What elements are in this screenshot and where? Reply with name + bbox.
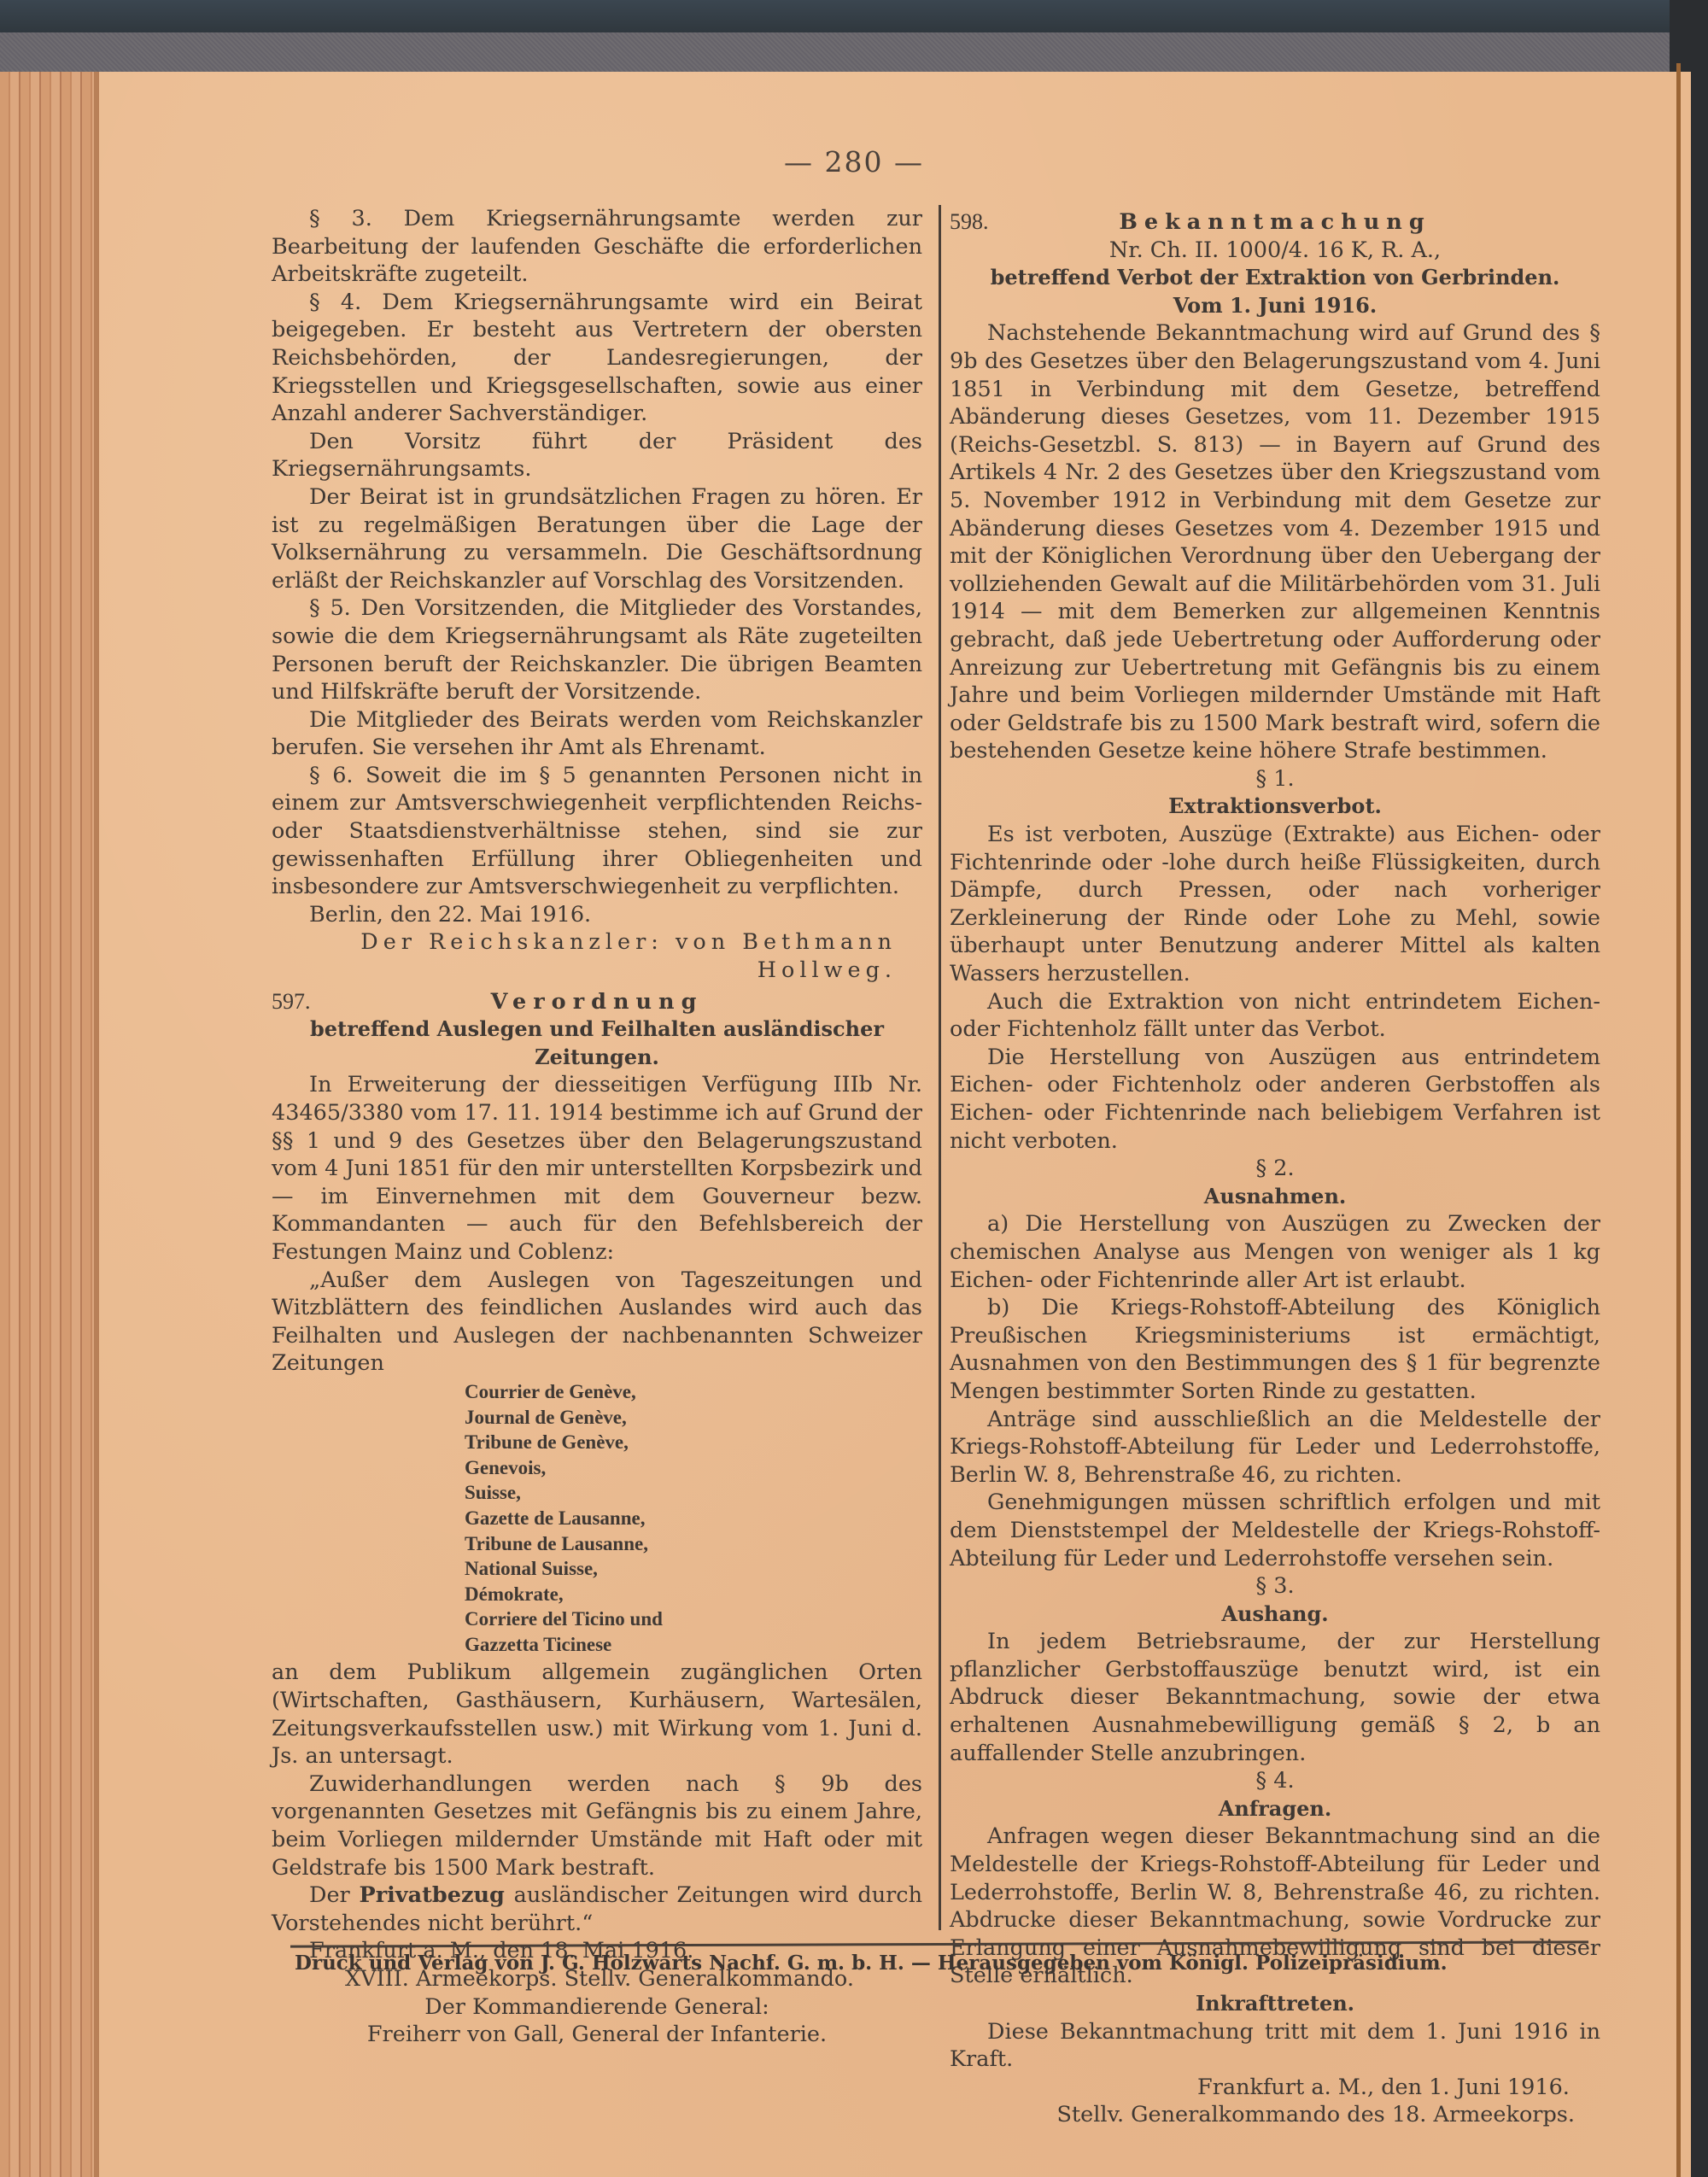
para-2-number: § 2.	[950, 1155, 1600, 1183]
place-date-frankfurt-598: Frankfurt a. M., den 1. Juni 1916.	[950, 2074, 1600, 2102]
para-2-d: Genehmigungen müssen schriftlich erfolge…	[950, 1489, 1600, 1572]
signature-line-2: Der Kommandierende General:	[272, 1993, 922, 2022]
paragraph-5: § 5. Den Vorsitzenden, die Mitglieder de…	[272, 594, 922, 705]
section-597-penalty: Zuwiderhandlungen werden nach § 9b des v…	[272, 1770, 922, 1881]
place-date-berlin: Berlin, den 22. Mai 1916.	[272, 901, 922, 929]
section-598-date: Vom 1. Juni 1916.	[950, 292, 1600, 320]
section-598-subtitle: betreffend Verbot der Extraktion von Ger…	[950, 264, 1600, 292]
para-4-title: Anfragen.	[950, 1795, 1600, 1823]
book-binding-cloth	[0, 32, 1699, 73]
section-598-intro: Nachstehende Bekanntmachung wird auf Gru…	[950, 319, 1600, 765]
para-2-b: b) Die Kriegs-Rohstoff-Abteilung des Kön…	[950, 1294, 1600, 1405]
section-597-heading: 597. Verordnung	[272, 988, 922, 1016]
section-598-heading: 598. Bekanntmachung	[950, 208, 1600, 237]
para-1-text-3: Die Herstellung von Auszügen aus entrind…	[950, 1044, 1600, 1155]
newspaper-item: Gazzetta Ticinese	[465, 1632, 922, 1658]
paragraph-4: § 4. Dem Kriegsernährungsamte wird ein B…	[272, 289, 922, 428]
left-column: § 3. Dem Kriegsernährungsamte werden zur…	[272, 205, 922, 2049]
para-2-c: Anträge sind ausschließlich an die Melde…	[950, 1406, 1600, 1489]
private-bold: Privatbezug	[360, 1882, 505, 1908]
newspaper-item: Suisse,	[465, 1480, 922, 1506]
para-1-title: Extraktionsverbot.	[950, 793, 1600, 821]
page-gutter	[94, 72, 99, 2177]
para-3-number: § 3.	[950, 1572, 1600, 1601]
section-598-ref: Nr. Ch. II. 1000/4. 16 K, R. A.,	[950, 237, 1600, 265]
newspaper-item: Corriere del Ticino und	[465, 1606, 922, 1632]
para-3-title: Aushang.	[950, 1601, 1600, 1629]
newspaper-item: Démokrate,	[465, 1582, 922, 1607]
column-divider	[939, 205, 941, 1930]
para-1-text-2: Auch die Extraktion von nicht entrindete…	[950, 988, 1600, 1044]
signature-reichskanzler: Der Reichskanzler: von Bethmann Hollweg.	[272, 928, 922, 984]
para-5-title: Inkrafttreten.	[950, 1990, 1600, 2018]
page-stack-edge	[0, 72, 98, 2177]
para-5-text: Diese Bekanntmachung tritt mit dem 1. Ju…	[950, 2018, 1600, 2074]
newspaper-item: Gazette de Lausanne,	[465, 1506, 922, 1531]
private-prefix: Der	[309, 1882, 350, 1908]
newspaper-item: Genevois,	[465, 1455, 922, 1481]
para-1-text-1: Es ist verboten, Auszüge (Extrakte) aus …	[950, 821, 1600, 988]
section-597-quote-cont: an dem Publikum allgemein zugänglichen O…	[272, 1659, 922, 1770]
section-597-intro: In Erweiterung der diesseitigen Verfügun…	[272, 1071, 922, 1266]
para-2-title: Ausnahmen.	[950, 1183, 1600, 1211]
para-1-number: § 1.	[950, 765, 1600, 793]
para-2-a: a) Die Herstellung von Auszügen zu Zweck…	[950, 1210, 1600, 1294]
section-number: 597.	[272, 988, 366, 1016]
section-number: 598.	[950, 208, 1044, 237]
section-597-quote: „Außer dem Auslegen von Tageszeitungen u…	[272, 1267, 922, 1378]
book-cover-top	[0, 0, 1708, 34]
section-title: Verordnung	[366, 988, 828, 1016]
right-column: 598. Bekanntmachung Nr. Ch. II. 1000/4. …	[950, 205, 1600, 2129]
para-4-number: § 4.	[950, 1767, 1600, 1795]
imprint-footer: Druck und Verlag von J. G. Holzwarts Nac…	[295, 1952, 1601, 1975]
paragraph-4-chair: Den Vorsitz führt der Präsident des Krie…	[272, 428, 922, 483]
paragraph-3: § 3. Dem Kriegsernährungsamte werden zur…	[272, 205, 922, 289]
newspaper-item: Tribune de Genève,	[465, 1430, 922, 1455]
para-3-text: In jedem Betriebsraume, der zur Herstell…	[950, 1628, 1600, 1767]
newspaper-item: Journal de Genève,	[465, 1405, 922, 1431]
section-title: Bekanntmachung	[1044, 208, 1506, 237]
newspaper-list: Courrier de Genève, Journal de Genève, T…	[465, 1379, 922, 1658]
page-right-edge	[1676, 63, 1681, 2177]
newspaper-item: Tribune de Lausanne,	[465, 1531, 922, 1557]
section-597-private: Der Privatbezug ausländischer Zeitungen …	[272, 1881, 922, 1937]
section-597-subtitle: betreffend Auslegen und Feilhalten auslä…	[272, 1015, 922, 1071]
signature-598: Stellv. Generalkommando des 18. Armeekor…	[950, 2101, 1600, 2129]
newspaper-item: Courrier de Genève,	[465, 1379, 922, 1405]
signature-line-3: Freiherr von Gall, General der Infanteri…	[272, 2021, 922, 2049]
paragraph-5-members: Die Mitglieder des Beirats werden vom Re…	[272, 706, 922, 762]
page-number: — 280 —	[0, 145, 1708, 178]
newspaper-item: National Suisse,	[465, 1556, 922, 1582]
paragraph-4-advisory: Der Beirat ist in grundsätzlichen Fragen…	[272, 483, 922, 594]
paragraph-6: § 6. Soweit die im § 5 genannten Persone…	[272, 762, 922, 901]
